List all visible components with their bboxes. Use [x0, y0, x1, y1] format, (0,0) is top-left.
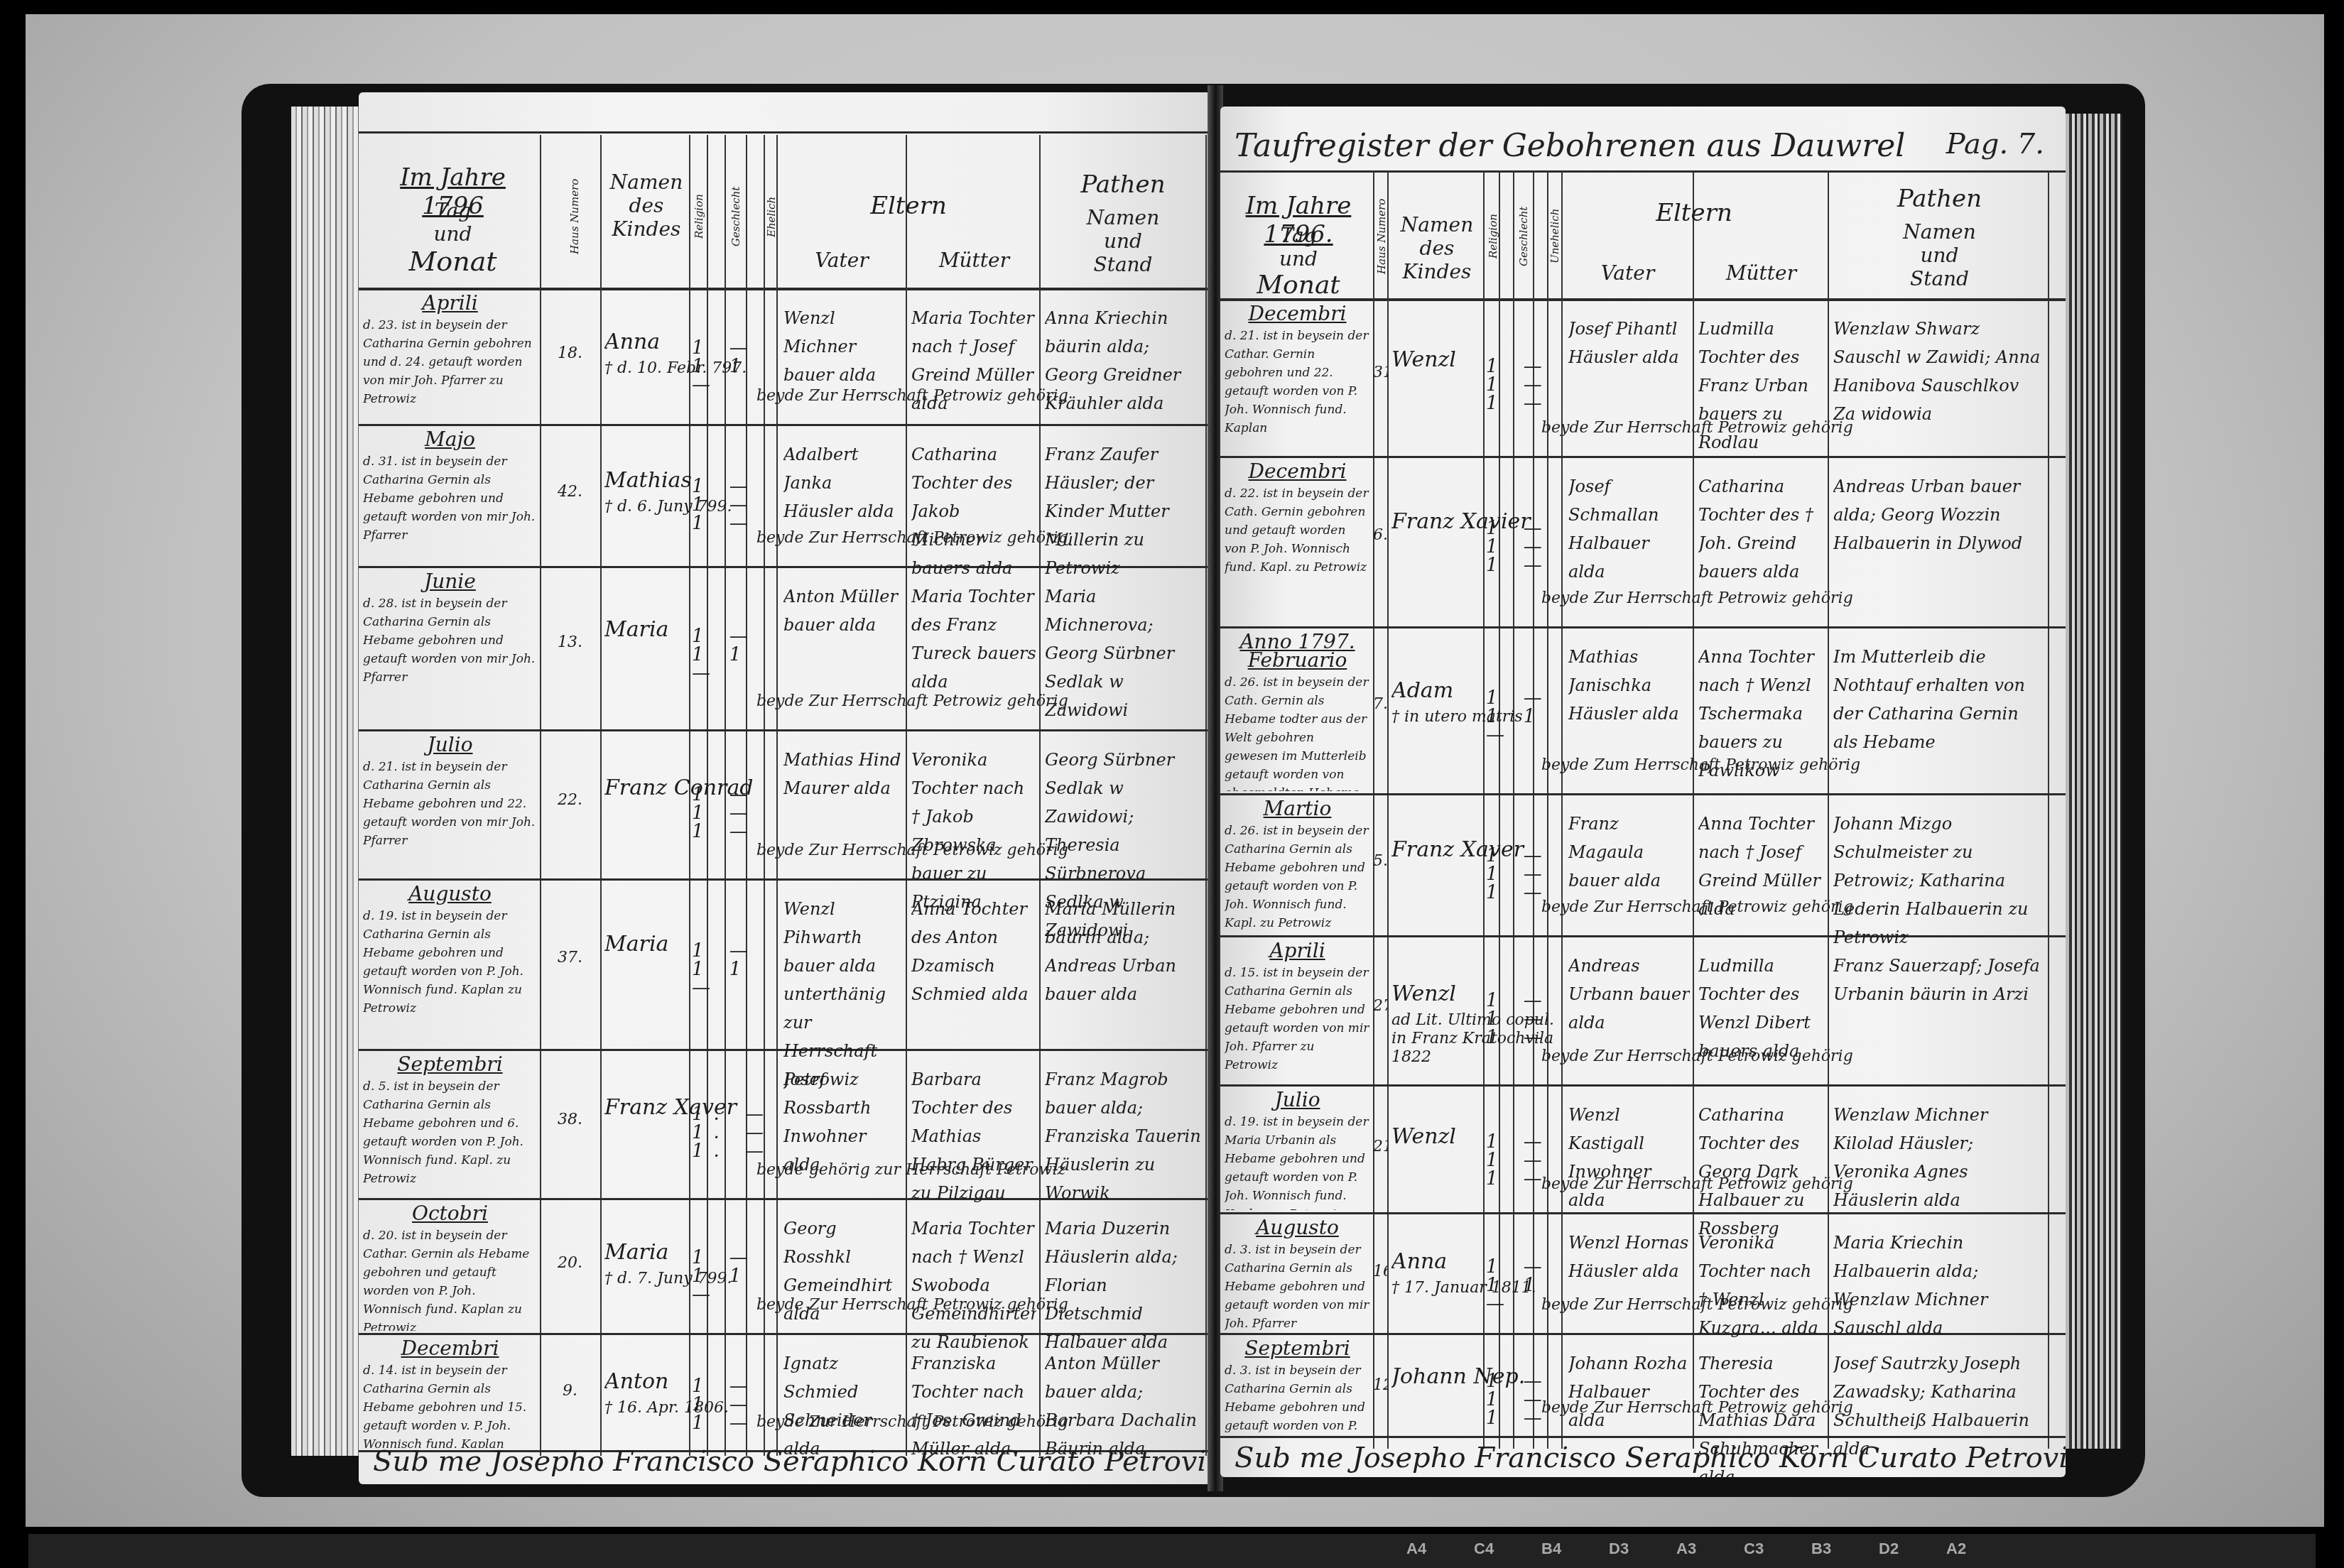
entry-house-number: 9. — [540, 1382, 600, 1400]
register-entry: Juliod. 21. ist in beysein der Catharina… — [359, 731, 1211, 881]
entry-father: Franz Magaula bauer alda — [1568, 810, 1690, 895]
entry-father: Mathias Janischka Häusler alda — [1568, 643, 1690, 728]
ruler-label: D3 — [1609, 1540, 1629, 1558]
right-register-table: Taufregister der Gebohrenen aus Dauwrel … — [1220, 107, 2066, 1477]
entry-tick-marks: 1 — 1 — 1 — — [1486, 991, 1566, 1047]
house-number-header: Haus Numero — [568, 149, 581, 284]
entry-tick-marks: 1 — 1 — 1 — — [1486, 357, 1566, 413]
entry-date: Decembrid. 14. ist in beysein der Cathar… — [363, 1339, 537, 1448]
entry-note: d. 28. ist in beysein der Catharina Gern… — [363, 597, 535, 685]
entry-estate-note: beyde Zur Herrschaft Petrowiz gehörig — [1541, 1175, 1853, 1193]
entry-date: Anno 1797. Februariod. 26. ist in beysei… — [1225, 633, 1370, 791]
entry-house-number: 13. — [540, 633, 600, 652]
entry-note: d. 14. ist in beysein der Catharina Gern… — [363, 1363, 526, 1448]
entry-tick-marks: 1 — 1 — 1 — — [692, 477, 781, 533]
entry-date: Augustod. 3. ist in beysein der Catharin… — [1225, 1219, 1370, 1331]
child-name: Mathias — [604, 472, 692, 493]
entry-estate-note: beyde Zur Herrschaft Petrowiz gehörig — [1541, 1047, 1853, 1065]
left-page: Im Jahre 1796 TagundMonat Haus Numero Na… — [359, 92, 1211, 1484]
right-page: Taufregister der Gebohrenen aus Dauwrel … — [1220, 107, 2066, 1477]
entry-month: Augusto — [1225, 1219, 1370, 1237]
entry-house-number: 22. — [540, 791, 600, 810]
entry-estate-note: beyde Zur Herrschaft Petrowiz gehörig — [1541, 1296, 1853, 1314]
entry-note: d. 31. ist in beysein der Catharina Gern… — [363, 454, 535, 543]
child-name: Adam — [1391, 682, 1453, 703]
entry-house-number: 12. — [1373, 1376, 1387, 1395]
entry-godparents: Andreas Urban bauer alda; Georg Wozzin H… — [1833, 472, 2044, 557]
entry-tick-marks: 1. — 1. — 1. — — [692, 1105, 781, 1160]
entry-mother: Catharina Tochter des † Joh. Greind baue… — [1698, 472, 1825, 586]
child-name: Maria — [604, 621, 668, 641]
entry-tick-marks: 1 — 1 1 — — [1486, 689, 1566, 744]
entry-month: Junie — [363, 572, 537, 591]
entry-godparents: Anna Kriechin bäurin alda; Georg Greidne… — [1045, 304, 1201, 418]
ruler-label: B4 — [1541, 1540, 1561, 1558]
entry-father: Mathias Hind Maurer alda — [783, 746, 903, 802]
entry-month: Aprili — [363, 294, 537, 312]
entry-month: Aprili — [1225, 942, 1370, 960]
entry-estate-note: beyde Zur Herrschaft Petrowiz gehörig — [1541, 589, 1853, 607]
child-name-header-right: NamendesKindes — [1391, 213, 1483, 283]
entry-month: Julio — [1225, 1091, 1370, 1109]
mother-header-right: Mütter — [1695, 261, 1828, 285]
register-entry: Aprilid. 15. ist in beysein der Catharin… — [1220, 937, 2066, 1087]
father-header: Vater — [778, 249, 906, 272]
register-entry: Aprilid. 23. ist in beysein der Catharin… — [359, 290, 1211, 426]
page-title: Taufregister der Gebohrenen aus Dauwrel — [1235, 128, 2051, 164]
godparents-header: Pathen — [1041, 170, 1205, 199]
godparents-sub-header: NamenundStand — [1041, 206, 1205, 276]
entry-note: d. 21. ist in beysein der Cathar. Gernin… — [1225, 329, 1369, 435]
entry-godparents: Wenzlaw Michner Kilolad Häusler; Veronik… — [1833, 1101, 2044, 1214]
entry-house-number: 27. — [1373, 997, 1387, 1016]
entry-estate-note: beyde Zur Herrschaft Petrowiz gehörig — [756, 692, 1068, 710]
entry-house-number: 31. — [1373, 364, 1387, 382]
register-entry: Martiod. 26. ist in beysein der Catharin… — [1220, 795, 2066, 937]
entry-date: Juliod. 21. ist in beysein der Catharina… — [363, 736, 537, 876]
entry-tick-marks: 1 — 1 — 1 — — [692, 785, 781, 841]
entry-date: Decembrid. 22. ist in beysein der Cath. … — [1225, 462, 1370, 624]
entry-father: Anton Müller bauer alda — [783, 582, 903, 639]
entry-godparents: Franz Magrob bauer alda; Franziska Tauer… — [1045, 1065, 1201, 1207]
register-entry: Anno 1797. Februariod. 26. ist in beysei… — [1220, 628, 2066, 795]
entry-note: d. 5. ist in beysein der Catharina Gerni… — [363, 1079, 523, 1186]
entry-godparents: Wenzlaw Shwarz Sauschl w Zawidi; Anna Ha… — [1833, 315, 2044, 428]
father-header-right: Vater — [1563, 261, 1693, 285]
gender-header: Geschlecht — [729, 149, 742, 284]
child-name: Wenzl — [1391, 351, 1456, 371]
left-page-edges — [291, 107, 359, 1456]
entry-estate-note: beyde gehörig zur Herrschaft Petrowiz — [756, 1161, 1065, 1179]
entry-tick-marks: 1 — 1 — 1 — — [1486, 519, 1566, 575]
entry-note: d. 21. ist in beysein der Catharina Gern… — [363, 760, 535, 848]
entry-date: Aprilid. 23. ist in beysein der Catharin… — [363, 294, 537, 422]
entry-house-number: 7. — [1373, 695, 1387, 714]
entry-note: d. 3. ist in beysein der Catharina Gerni… — [1225, 1363, 1365, 1434]
entry-father: Wenzl Kastigall Inwohner alda — [1568, 1101, 1690, 1214]
entry-tick-marks: 1 — 1 1 — — [692, 339, 781, 394]
child-name: Wenzl — [1391, 1128, 1456, 1148]
entry-mother: Barbara Tochter des Mathias Habrg Bürger… — [911, 1065, 1036, 1207]
entry-father: Adalbert Janka Häusler alda — [783, 440, 903, 526]
ruler-label: C4 — [1474, 1540, 1494, 1558]
entry-date: Majod. 31. ist in beysein der Catharina … — [363, 430, 537, 564]
entry-month: Decembri — [1225, 462, 1370, 481]
register-entry: Decembrid. 14. ist in beysein der Cathar… — [359, 1335, 1211, 1452]
child-name: Maria — [604, 1243, 668, 1265]
register-entry: Octobrid. 20. ist in beysein der Cathar.… — [359, 1200, 1211, 1335]
entry-note: d. 19. ist in beysein der Catharina Gern… — [363, 909, 523, 1016]
entry-father: Wenzl Hornas Häusler alda — [1568, 1229, 1690, 1285]
entry-estate-note: beyde Zur Herrschaft Petrowiz gehörig — [1541, 898, 1853, 916]
entry-month: Octobri — [363, 1204, 537, 1223]
entry-godparents: Franz Zaufer Häusler; der Kinder Mutter … — [1045, 440, 1201, 582]
entry-month: Septembri — [363, 1055, 537, 1074]
entry-estate-note: beyde Zur Herrschaft Petrowiz gehörig — [756, 1296, 1068, 1314]
entry-godparents: Franz Sauerzapf; Josefa Urbanin bäurin i… — [1833, 952, 2044, 1008]
register-entry: Majod. 31. ist in beysein der Catharina … — [359, 426, 1211, 568]
parents-header: Eltern — [778, 192, 1039, 220]
legitimacy-header-right: Unehelich — [1548, 178, 1561, 295]
child-name: Wenzl — [1391, 985, 1456, 1006]
entry-tick-marks: 1 — 1 1 — — [692, 627, 781, 682]
child-name: Maria — [604, 935, 668, 956]
entry-date: Aprilid. 15. ist in beysein der Catharin… — [1225, 942, 1370, 1082]
ruler-label: D2 — [1879, 1540, 1899, 1558]
ruler-label: B3 — [1811, 1540, 1831, 1558]
entry-estate-note: beyde Zur Herrschaft Petrowiz gehörig — [1541, 1399, 1853, 1417]
entry-house-number: 21. — [1373, 1138, 1387, 1156]
entry-godparents: Maria Michnerova; Georg Sürbner Sedlak w… — [1045, 582, 1201, 724]
gender-header-right: Geschlecht — [1517, 178, 1530, 295]
entry-note: d. 26. ist in beysein der Catharina Gern… — [1225, 824, 1369, 930]
register-entry: Decembrid. 22. ist in beysein der Cath. … — [1220, 458, 2066, 628]
entry-mother: Veronika Tochter nach † Wenzl Kuzgra... … — [1698, 1229, 1825, 1342]
entry-house-number: 42. — [540, 483, 600, 501]
entry-note: d. 20. ist in beysein der Cathar. Gernin… — [363, 1229, 529, 1331]
parents-header-right: Eltern — [1563, 199, 1825, 227]
entry-house-number: 38. — [540, 1111, 600, 1129]
film-ruler-strip — [28, 1534, 2316, 1568]
day-month-header: TagundMonat — [366, 199, 540, 277]
entry-house-number: 16. — [1373, 1263, 1387, 1281]
entry-father: Josef Pihantl Häusler alda — [1568, 315, 1690, 371]
entry-note: d. 15. ist in beysein der Catharina Gern… — [1225, 966, 1369, 1072]
godparents-header-right: Pathen — [1831, 185, 2048, 213]
entry-house-number: 5. — [1373, 852, 1387, 871]
legitimacy-header: Ehelich — [765, 149, 778, 284]
entry-date: Septembrid. 3. ist in beysein der Cathar… — [1225, 1339, 1370, 1434]
entry-date: Octobrid. 20. ist in beysein der Cathar.… — [363, 1204, 537, 1331]
entry-note: d. 22. ist in beysein der Cath. Gernin g… — [1225, 486, 1369, 575]
entry-month: Martio — [1225, 800, 1370, 818]
entry-godparents: Johann Mizgo Schulmeister zu Petrowiz; K… — [1833, 810, 2044, 952]
entry-mother: Anna Tochter des Anton Dzamisch Schmied … — [911, 895, 1036, 1008]
entry-tick-marks: 1 — 1 — 1 — — [1486, 846, 1566, 902]
entry-month: Anno 1797. Februario — [1225, 633, 1370, 670]
entry-father: Andreas Urbann bauer alda — [1568, 952, 1690, 1037]
entry-date: Septembrid. 5. ist in beysein der Cathar… — [363, 1055, 537, 1196]
entry-estate-note: beyde Zur Herrschaft Petrowiz gehörig — [756, 387, 1068, 405]
register-entry: Septembrid. 5. ist in beysein der Cathar… — [359, 1051, 1211, 1200]
entry-estate-note: beyde Zur Herrschaft Petrowiz gehörig — [756, 842, 1068, 859]
entry-mother: Catharina Tochter des Jakob Michner baue… — [911, 440, 1036, 582]
entry-father: Josef Schmallan Halbauer alda — [1568, 472, 1690, 586]
entry-estate-note: beyde Zur Herrschaft Petrowiz gehörig — [1541, 419, 1853, 437]
ruler-label: A2 — [1946, 1540, 1966, 1558]
entry-godparents: Im Mutterleib die Nothtauf erhalten von … — [1833, 643, 2044, 756]
entry-godparents: Maria Müllerin bäurin alda; Andreas Urba… — [1045, 895, 1201, 1008]
entry-note: d. 26. ist in beysein der Cath. Gernin a… — [1225, 675, 1369, 791]
entry-note: d. 3. ist in beysein der Catharina Gerni… — [1225, 1243, 1369, 1331]
right-page-edges — [2066, 114, 2122, 1449]
day-month-header-right: TagundMonat — [1224, 224, 1373, 300]
child-name-header: NamendesKindes — [604, 170, 689, 241]
child-name: Anna — [604, 333, 660, 354]
house-number-header-right: Haus Numero — [1375, 178, 1388, 295]
entry-note: d. 19. ist in beysein der Maria Urbanin … — [1225, 1115, 1369, 1210]
left-signature: Sub me Josepho Francisco Seraphico Korn … — [373, 1445, 1211, 1478]
entry-date: Decembrid. 21. ist in beysein der Cathar… — [1225, 305, 1370, 454]
register-entry: Junied. 28. ist in beysein der Catharina… — [359, 568, 1211, 731]
entry-date: Juliod. 19. ist in beysein der Maria Urb… — [1225, 1091, 1370, 1210]
entry-house-number: 6. — [1373, 526, 1387, 545]
entry-estate-note: beyde Zur Herrschaft Petrowiz gehörig — [756, 529, 1068, 547]
entry-month: Julio — [363, 736, 537, 754]
entry-house-number: 37. — [540, 949, 600, 967]
register-entry: Decembrid. 21. ist in beysein der Cathar… — [1220, 300, 2066, 458]
entry-tick-marks: 1 — 1 1 — — [692, 942, 781, 997]
entry-date: Augustod. 19. ist in beysein der Cathari… — [363, 885, 537, 1047]
religion-header-right: Religion — [1487, 178, 1499, 295]
entry-house-number: 20. — [540, 1254, 600, 1273]
entry-month: Majo — [363, 430, 537, 449]
entry-godparents: Maria Kriechin Halbauerin alda; Wenzlaw … — [1833, 1229, 2044, 1342]
register-entry: Septembrid. 3. ist in beysein der Cathar… — [1220, 1335, 2066, 1438]
register-entry: Juliod. 19. ist in beysein der Maria Urb… — [1220, 1087, 2066, 1214]
ruler-label: A4 — [1406, 1540, 1426, 1558]
ruler-label: C3 — [1744, 1540, 1764, 1558]
entry-month: Decembri — [363, 1339, 537, 1358]
godparents-sub-header-right: NamenundStand — [1831, 220, 2048, 290]
child-name: Anna — [1391, 1253, 1447, 1274]
entry-month: Decembri — [1225, 305, 1370, 323]
entry-father: Johann Rozha Halbauer alda — [1568, 1349, 1690, 1434]
ruler-label: A3 — [1676, 1540, 1696, 1558]
right-signature: Sub me Josepho Francisco Seraphico Korn … — [1235, 1442, 2066, 1474]
entry-month: Augusto — [363, 885, 537, 903]
religion-header: Religion — [693, 149, 705, 284]
mother-header: Mütter — [909, 249, 1039, 272]
entry-father: Wenzl Michner bauer alda — [783, 304, 903, 389]
entry-note: d. 23. ist in beysein der Catharina Gern… — [363, 318, 532, 406]
entry-estate-note: beyde Zur Herrschaft Petrowiz gehörig — [756, 1413, 1068, 1431]
entry-month: Septembri — [1225, 1339, 1370, 1358]
register-entry: Augustod. 3. ist in beysein der Catharin… — [1220, 1214, 2066, 1335]
entry-date: Martiod. 26. ist in beysein der Catharin… — [1225, 800, 1370, 933]
entry-date: Junied. 28. ist in beysein der Catharina… — [363, 572, 537, 727]
entry-house-number: 18. — [540, 344, 600, 363]
entry-estate-note: beyde Zum Herrschaft Petrowiz gehörig — [1541, 756, 1860, 774]
page-number: Pag. 7. — [1946, 128, 2044, 160]
child-name: Anton — [604, 1373, 668, 1394]
left-register-table: Im Jahre 1796 TagundMonat Haus Numero Na… — [359, 92, 1211, 1484]
register-entry: Augustod. 19. ist in beysein der Cathari… — [359, 881, 1211, 1051]
entry-mother: Maria Tochter des Franz Tureck bauers al… — [911, 582, 1036, 696]
